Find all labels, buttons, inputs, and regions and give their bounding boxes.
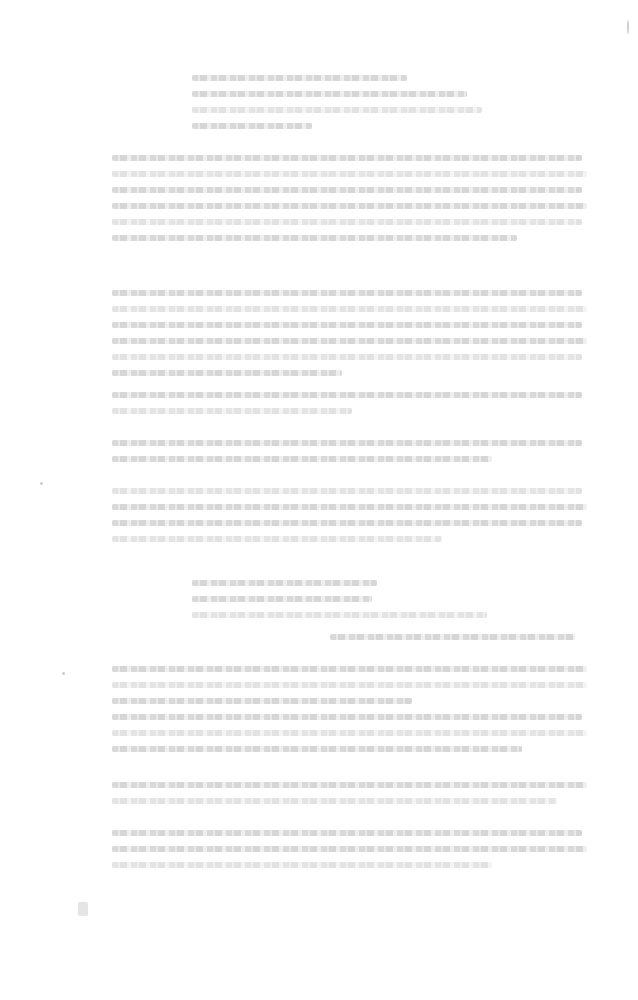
text-line [112, 187, 582, 193]
text-line [112, 306, 587, 312]
text-line [330, 634, 575, 640]
text-line [112, 171, 587, 177]
text-line [112, 830, 582, 836]
text-line [112, 370, 342, 376]
text-line [112, 782, 587, 788]
text-line [112, 714, 582, 720]
text-line [192, 107, 482, 113]
text-line [112, 392, 582, 398]
legibility-note: Illegible content intentionally not tran… [0, 0, 1, 1]
text-line [112, 746, 522, 752]
text-line [192, 75, 407, 81]
text-line [112, 338, 587, 344]
scanned-page: Illegible content intentionally not tran… [0, 0, 638, 1000]
text-line [112, 488, 582, 494]
scan-speck [62, 672, 65, 675]
text-line [192, 596, 372, 602]
text-line [112, 504, 587, 510]
text-line [112, 730, 587, 736]
text-line [192, 612, 487, 618]
scan-edge-mark [627, 20, 629, 34]
text-line [112, 456, 492, 462]
text-line [112, 408, 352, 414]
text-line [112, 235, 517, 241]
text-line [112, 440, 582, 446]
text-line [112, 536, 442, 542]
text-line [112, 698, 412, 704]
text-line [112, 203, 587, 209]
text-line [112, 322, 582, 328]
text-line [192, 580, 377, 586]
text-line [112, 666, 587, 672]
text-line [112, 682, 587, 688]
text-line [112, 520, 582, 526]
text-line [192, 91, 467, 97]
text-line [112, 846, 587, 852]
text-line [112, 290, 582, 296]
text-line [112, 155, 582, 161]
text-line [192, 123, 312, 129]
text-line [112, 354, 582, 360]
page-number [78, 902, 88, 916]
text-line [112, 862, 492, 868]
text-line [112, 219, 582, 225]
scan-speck [40, 482, 43, 485]
text-line [112, 798, 557, 804]
